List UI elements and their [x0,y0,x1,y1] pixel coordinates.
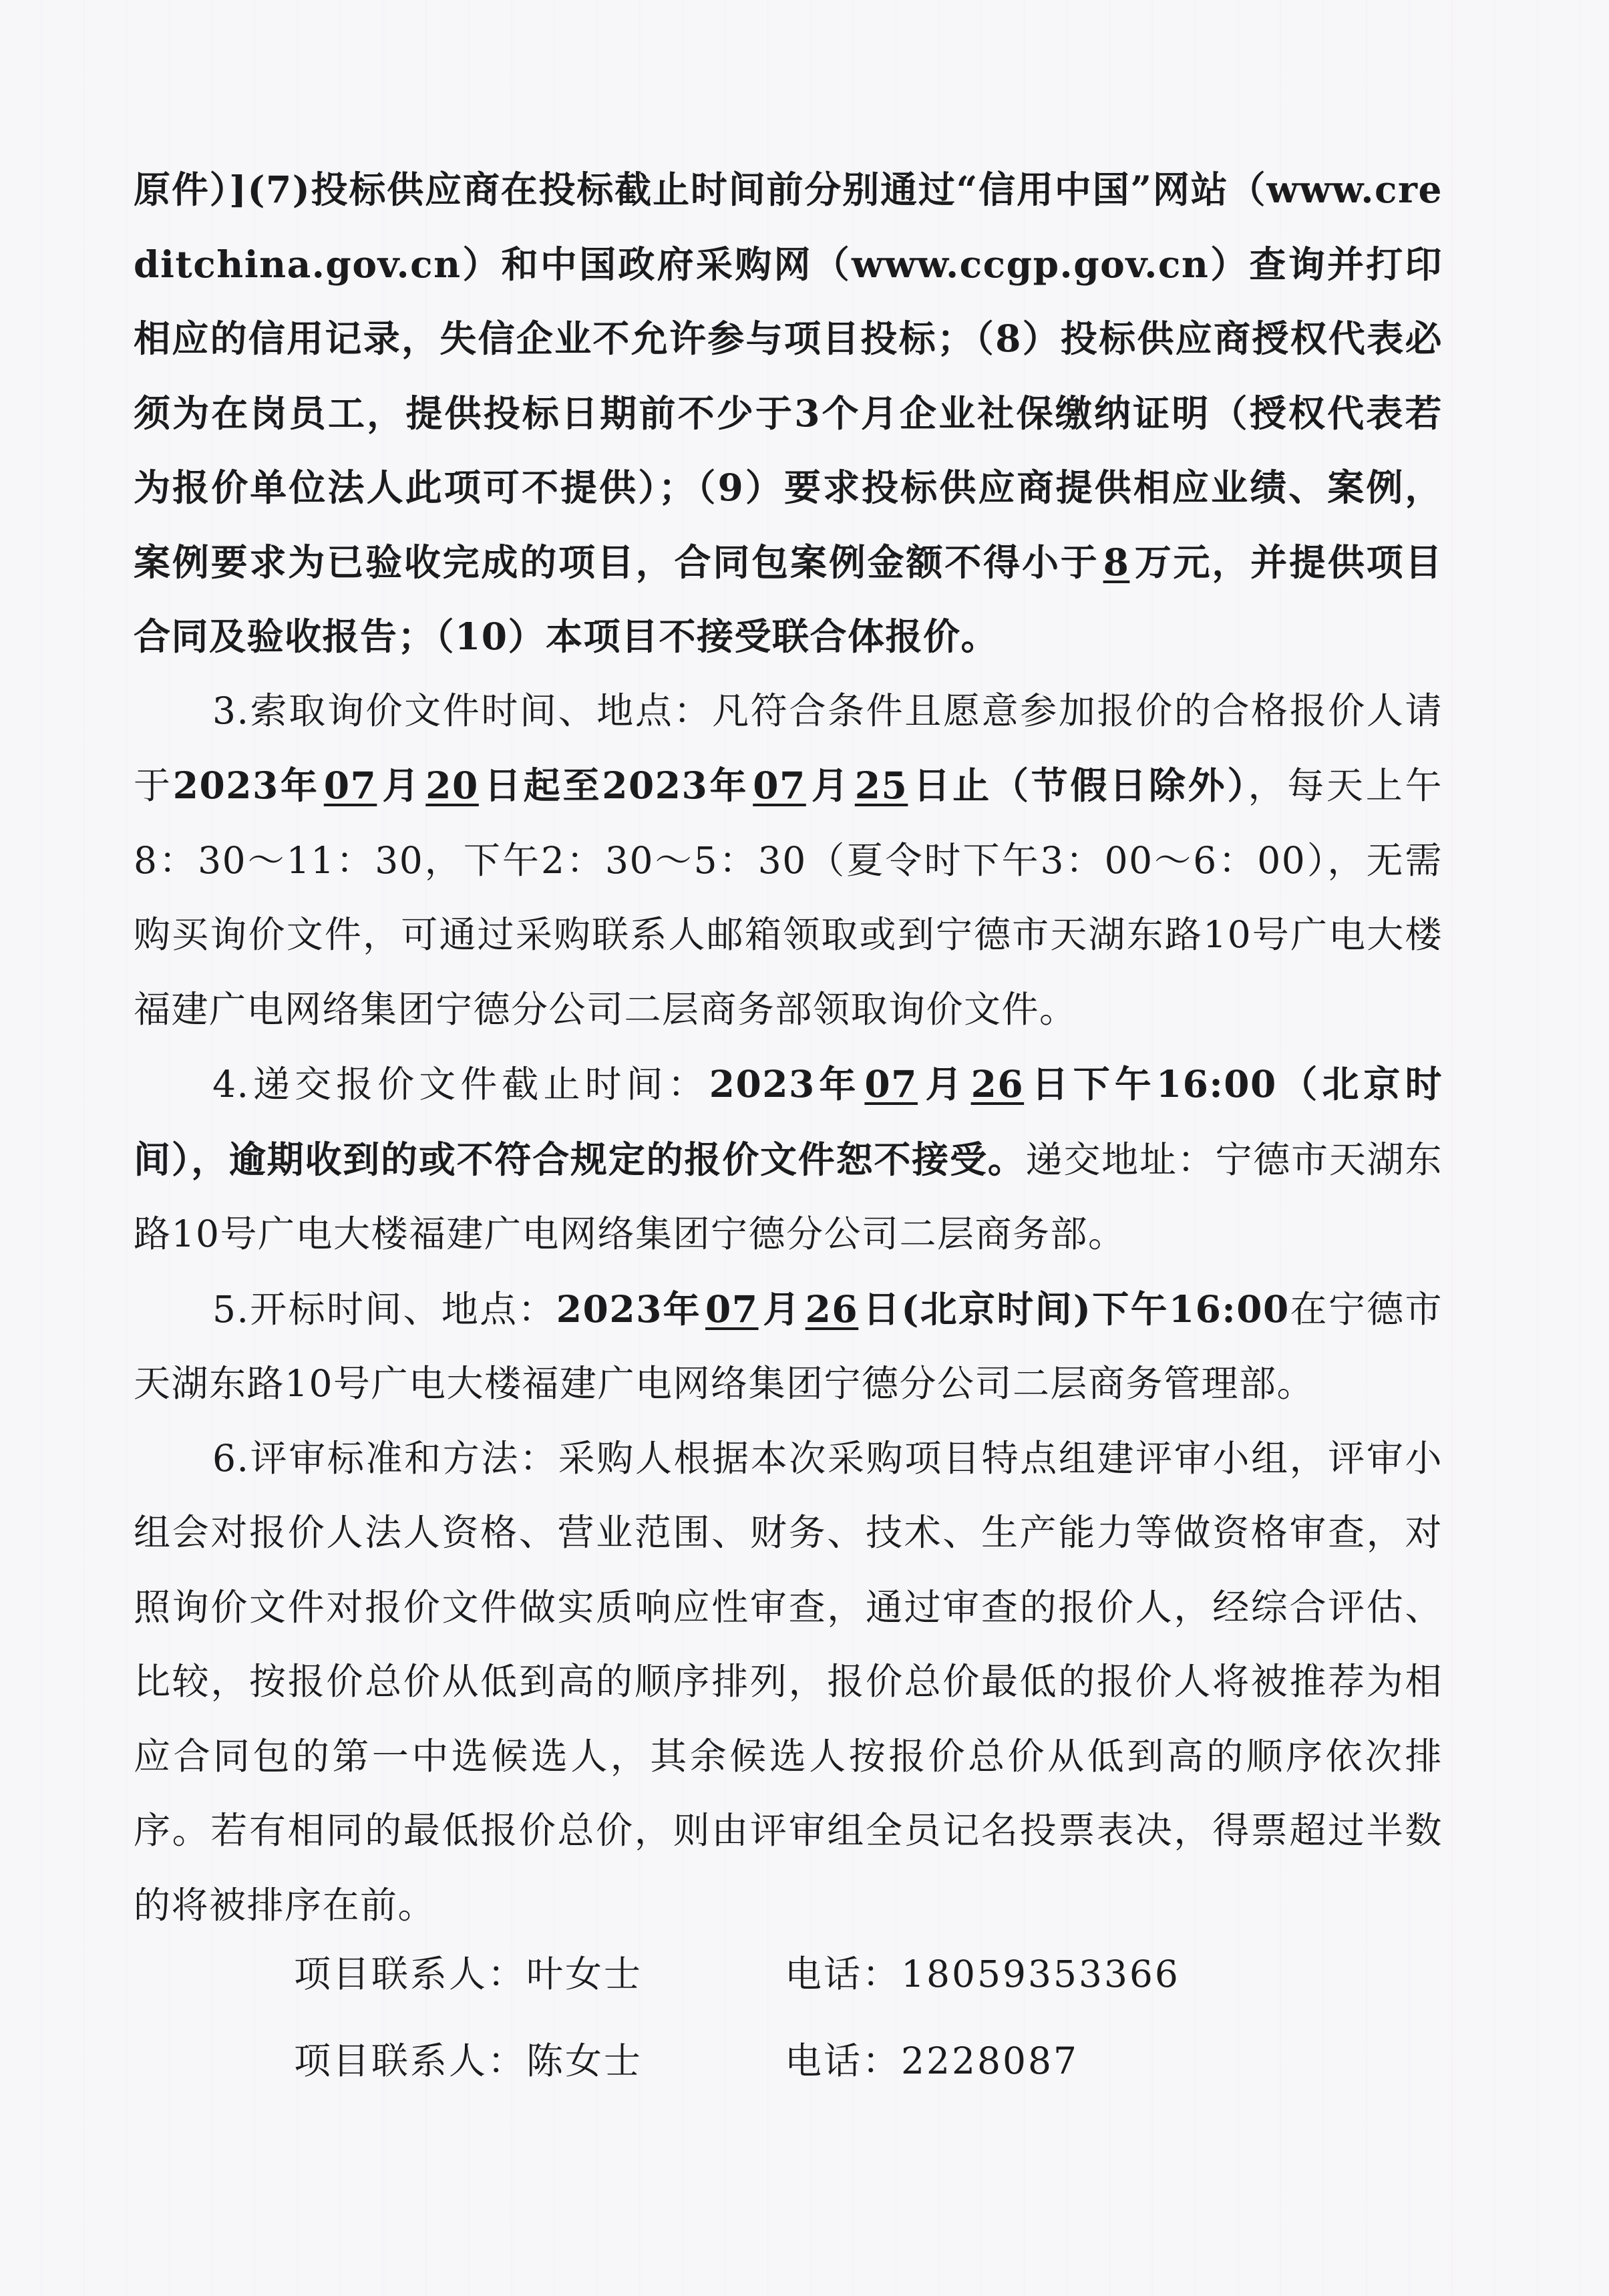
evaluation-text: 6.评审标准和方法：采购人根据本次采购项目特点组建评审小组，评审小组会对报价人法… [134,1437,1443,1927]
section-5-lead: 5.开标时间、地点： [212,1288,556,1331]
contact-list: 项目联系人：叶女士 电话：18059353366 项目联系人：陈女士 电话：22… [134,1937,1443,2111]
qualification-requirements-paragraph: 原件）](7)投标供应商在投标截止时间前分别通过“信用中国”网站（www.cre… [134,152,1443,674]
section-6-evaluation-method: 6.评审标准和方法：采购人根据本次采购项目特点组建评审小组，评审小组会对报价人法… [134,1422,1443,1943]
deadline-month-label: 月 [922,1062,967,1106]
document-body: 原件）](7)投标供应商在投标截止时间前分别通过“信用中国”网站（www.cre… [134,152,1443,1943]
min-case-amount: 8 [1099,540,1134,584]
end-month-label: 月 [810,764,851,807]
qualification-text: 原件）](7)投标供应商在投标截止时间前分别通过“信用中国”网站（www.cre… [134,168,1443,584]
end-day: 25 [851,764,912,807]
contact-person: 项目联系人：陈女士 [294,2024,643,2098]
contact-phone: 电话：18059353366 [785,1937,1180,2011]
start-month: 07 [320,764,381,807]
start-day: 20 [421,764,483,807]
opening-month-label: 月 [763,1287,801,1331]
contact-phone: 电话：2228087 [785,2024,1079,2098]
start-day-label: 日起至 [483,764,602,807]
deadline-day: 26 [967,1062,1029,1106]
end-month: 07 [749,764,810,807]
deadline-month: 07 [860,1062,922,1106]
section-3-document-collection: 3.索取询价文件时间、地点：凡符合条件且愿意参加报价的合格报价人请于2023年0… [134,674,1443,1047]
month-label: 月 [381,764,421,807]
scanned-page: 原件）](7)投标供应商在投标截止时间前分别通过“信用中国”网站（www.cre… [0,0,1609,2296]
deadline-year: 2023年 [709,1062,861,1106]
end-day-label: 日止（节假日除外） [912,764,1248,807]
section-4-lead: 4.递交报价文件截止时间： [212,1063,709,1106]
contact-row: 项目联系人：叶女士 电话：18059353366 [134,1937,1443,2024]
opening-day: 26 [801,1287,863,1331]
start-year: 2023年 [173,764,320,807]
section-5-bid-opening: 5.开标时间、地点：2023年07月26日(北京时间)下午16:00在宁德市天湖… [134,1272,1443,1422]
opening-year: 2023年 [556,1287,701,1331]
end-year: 2023年 [602,764,749,807]
contact-person: 项目联系人：叶女士 [294,1937,643,2011]
opening-month: 07 [701,1287,763,1331]
opening-time: 日(北京时间)下午16:00 [862,1287,1290,1331]
contact-row: 项目联系人：陈女士 电话：2228087 [134,2024,1443,2111]
section-4-submission-deadline: 4.递交报价文件截止时间：2023年07月26日下午16:00（北京时间），逾期… [134,1047,1443,1272]
